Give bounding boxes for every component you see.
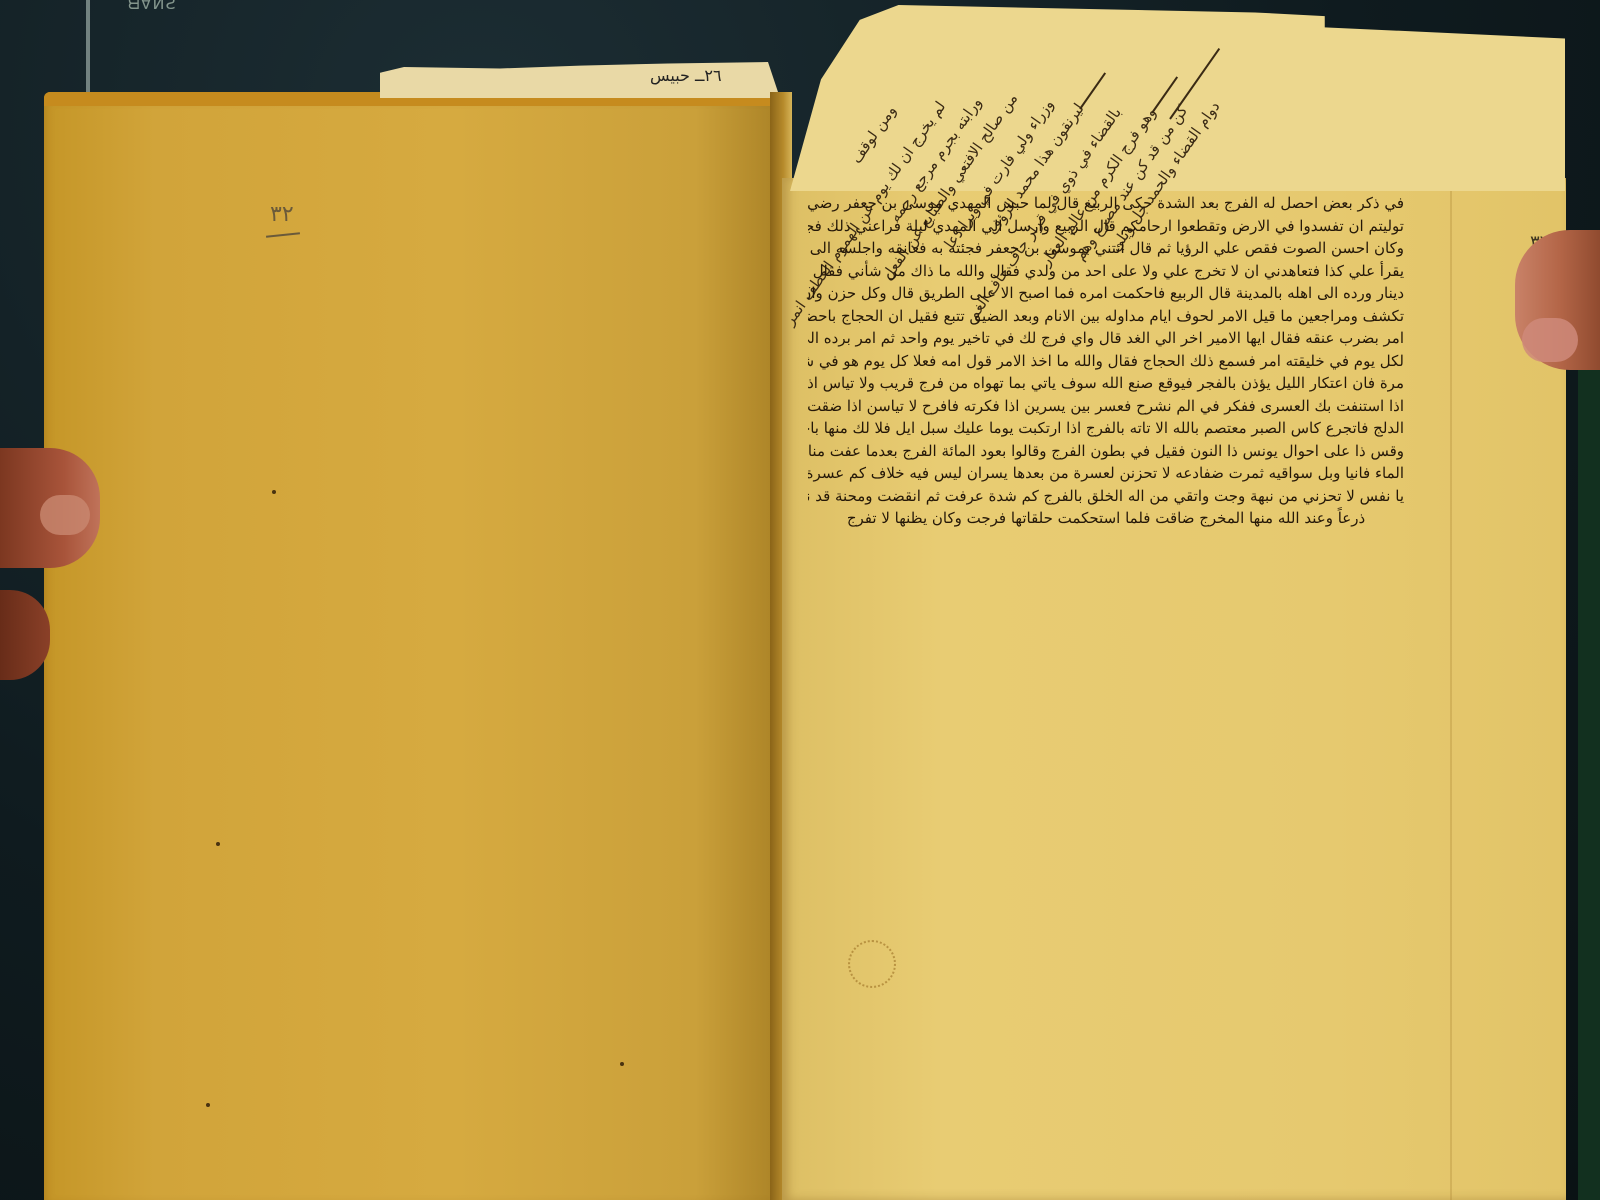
left-thumbnail <box>40 495 90 535</box>
text-line: وكان احسن الصوت فقص علي الرؤيا ثم قال ائ… <box>808 237 1404 260</box>
text-line: الدلج فاتجرع كاس الصبر معتصم بالله الا ت… <box>808 417 1404 440</box>
paper-speck <box>206 1103 210 1107</box>
left-page-blank <box>44 92 784 1200</box>
text-line: يقرأ علي كذا فتعاهدني ان لا تخرج علي ولا… <box>808 260 1404 283</box>
right-thumbnail <box>1522 318 1578 362</box>
text-line: يا نفس لا تحزني من نبهة وجت واتقي من اله… <box>808 485 1404 508</box>
flap-notes: ومن لوقف لم يخرج ان لك يوم عن الهموم الع… <box>820 20 1210 170</box>
flap-note: ومن لوقف <box>846 102 899 167</box>
green-cover-edge <box>1578 260 1600 1200</box>
text-line: وقس ذا على احوال يونس ذا النون فقيل في ب… <box>808 440 1404 463</box>
label-slip-text: ٢٦ــ حبيس <box>650 66 722 85</box>
page-fold-crease <box>1450 178 1452 1200</box>
water-stain <box>848 940 896 988</box>
text-line: الماء فانيا وبل سواقيه ثمرت ضفادعه لا تح… <box>808 462 1404 485</box>
text-line: تكشف ومراجعين ما قيل الامر لحوف ايام مدا… <box>808 305 1404 328</box>
text-line: مرة فان اعتكار الليل يؤذن بالفجر فيوقع ص… <box>808 372 1404 395</box>
text-line: لكل يوم في خليقته امر فسمع ذلك الحجاج فق… <box>808 350 1404 373</box>
text-line-final: ذرعاً وعند الله منها المخرج ضاقت فلما اس… <box>808 507 1404 530</box>
text-line: اذا استنفت بك العسرى ففكر في الم نشرح فع… <box>808 395 1404 418</box>
text-line: امر بضرب عنقه فقال ايها الامير اخر الي ا… <box>808 327 1404 350</box>
text-line: في ذكر بعض احصل له الفرج بعد الشدة حكى ا… <box>808 192 1404 215</box>
paper-speck <box>620 1062 624 1066</box>
left-folio-number: ٣٢ <box>270 202 294 227</box>
shelf-label: ᗺ∀ИƧ <box>128 0 177 14</box>
text-line: دينار ورده الى اهله بالمدينة قال الربيع … <box>808 282 1404 305</box>
manuscript-body-text: في ذكر بعض احصل له الفرج بعد الشدة حكى ا… <box>808 192 1404 530</box>
paper-speck <box>272 490 276 494</box>
paper-speck <box>216 842 220 846</box>
shelf-edge <box>86 0 90 100</box>
text-line: توليتم ان تفسدوا في الارض وتقطعوا ارحامك… <box>808 215 1404 238</box>
